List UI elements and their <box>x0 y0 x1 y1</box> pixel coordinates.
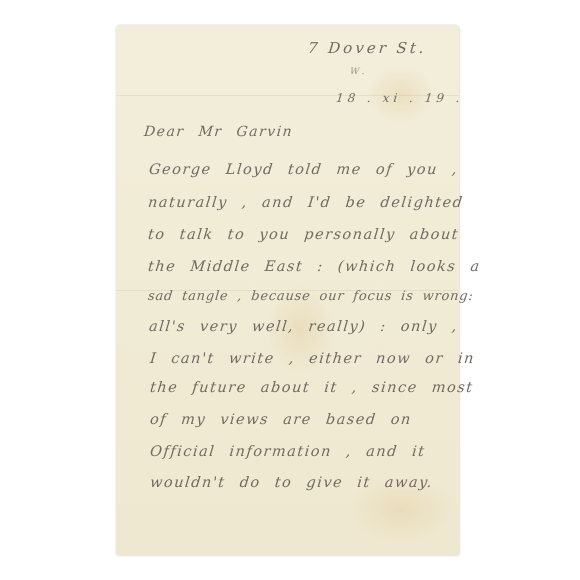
letter-line: naturally , and I'd be delighted <box>147 195 464 211</box>
letter-sheet: 7 Dover St. W. 18 . xi . 19 . Dear Mr Ga… <box>116 25 459 555</box>
letter-line: the Middle East : (which looks a <box>147 259 481 275</box>
letter-line: of my views are based on <box>149 412 412 428</box>
sender-address: 7 Dover St. <box>307 39 428 57</box>
letter-line: George Lloyd told me of you , <box>148 162 459 178</box>
letter-line: all's very well, really) : only , <box>148 319 459 335</box>
letter-line: I can't write , either now or in <box>149 351 476 367</box>
letter-line: wouldn't do to give it away. <box>149 475 434 491</box>
letter-date: 18 . xi . 19 . <box>335 91 464 105</box>
letter-line: sad tangle , because our focus is wrong: <box>147 289 474 304</box>
letter-line: to talk to you personally about <box>147 227 460 243</box>
letter-line: the future about it , since most <box>149 380 474 396</box>
address-mark: W. <box>349 67 369 77</box>
letter-line: Official information , and it <box>149 444 426 460</box>
salutation: Dear Mr Garvin <box>143 124 294 140</box>
